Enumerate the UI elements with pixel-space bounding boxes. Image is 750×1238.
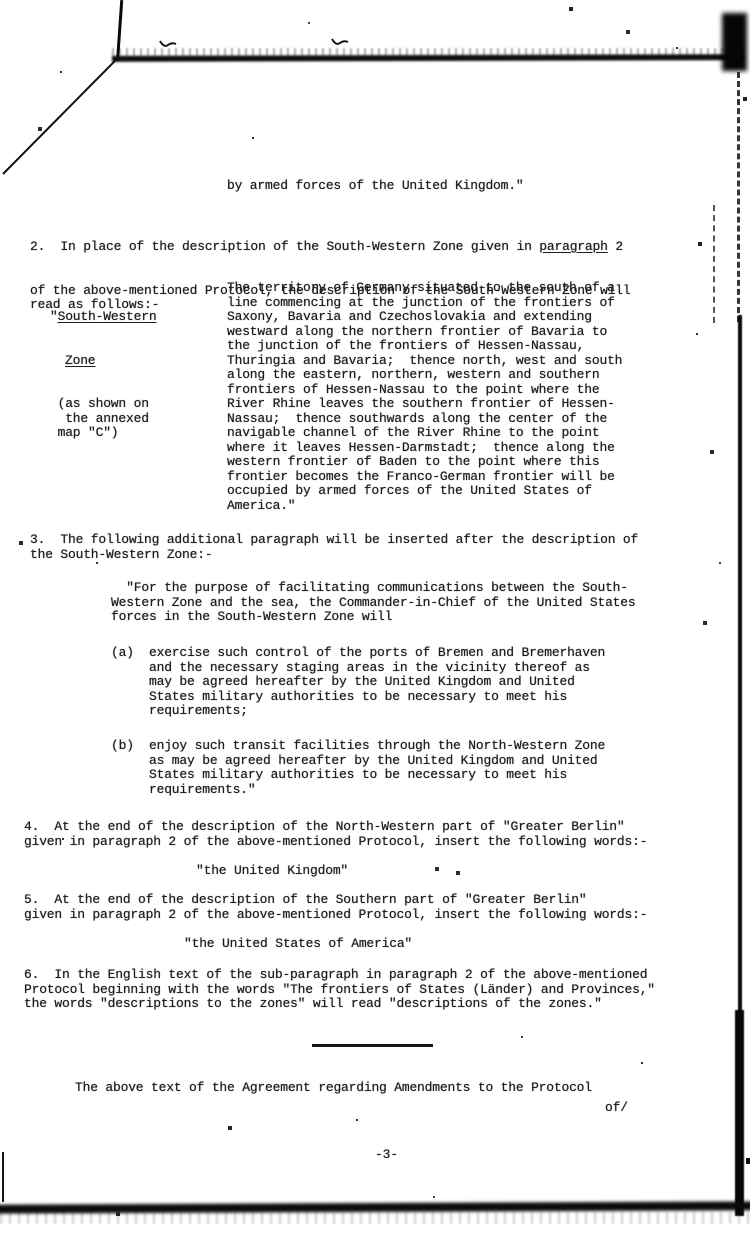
scan-right-edge-bar-bottom (735, 1010, 744, 1216)
inserted-words-united-kingdom: "the United Kingdom" (196, 864, 348, 879)
scan-top-edge (112, 54, 744, 62)
subitem-a: (a) exercise such control of the ports o… (111, 646, 605, 719)
scanned-document-page: by armed forces of the United Kingdom." … (0, 0, 750, 1238)
closing-line: The above text of the Agreement regardin… (75, 1081, 592, 1096)
paragraph-2-line-1: 2. In place of the description of the So… (30, 240, 631, 255)
inserted-words-united-states: "the United States of America" (184, 937, 412, 952)
catchword: of/ (605, 1101, 628, 1116)
check-mark-icon (158, 38, 178, 50)
underlined-word: paragraph (539, 239, 607, 254)
scan-bottom-edge (0, 1201, 750, 1213)
scan-right-corner-blob (722, 13, 747, 71)
check-mark-icon (330, 36, 350, 48)
subitem-b: (b) enjoy such transit facilities throug… (111, 739, 605, 797)
paragraph-4: 4. At the end of the description of the … (24, 820, 647, 849)
scan-diagonal-fold-line (2, 57, 118, 174)
scan-right-inner-dashes (713, 205, 715, 323)
zone-description: The territory of Germany situated to the… (227, 281, 622, 513)
scan-top-crease-line (116, 0, 123, 61)
scan-left-edge-mark (2, 1152, 4, 1202)
scan-right-edge-dashed (737, 72, 740, 322)
opening-quoted-line: by armed forces of the United Kingdom." (227, 179, 523, 194)
zone-heading-line-2: Zone (65, 354, 156, 369)
paragraph-6: 6. In the English text of the sub-paragr… (24, 968, 655, 1012)
separator-rule (312, 1044, 433, 1047)
zone-heading-line-1: "South-Western (50, 310, 156, 325)
scan-bottom-edge-fuzz (0, 1212, 750, 1224)
scan-top-edge-fuzz (112, 48, 744, 56)
scan-right-edge-bar (738, 315, 742, 1020)
page-number: -3- (375, 1148, 398, 1163)
zone-heading: "South-Western Zone (as shown on the ann… (50, 281, 156, 470)
zone-heading-note: (as shown on the annexed map "C") (50, 397, 156, 441)
paragraph-5: 5. At the end of the description of the … (24, 893, 647, 922)
scan-specks (0, 0, 2, 2)
paragraph-3: 3. The following additional paragraph wi… (30, 533, 638, 562)
zone-name-underlined: South-Western (58, 309, 157, 324)
paragraph-3-quote: "For the purpose of facilitating communi… (111, 581, 636, 625)
